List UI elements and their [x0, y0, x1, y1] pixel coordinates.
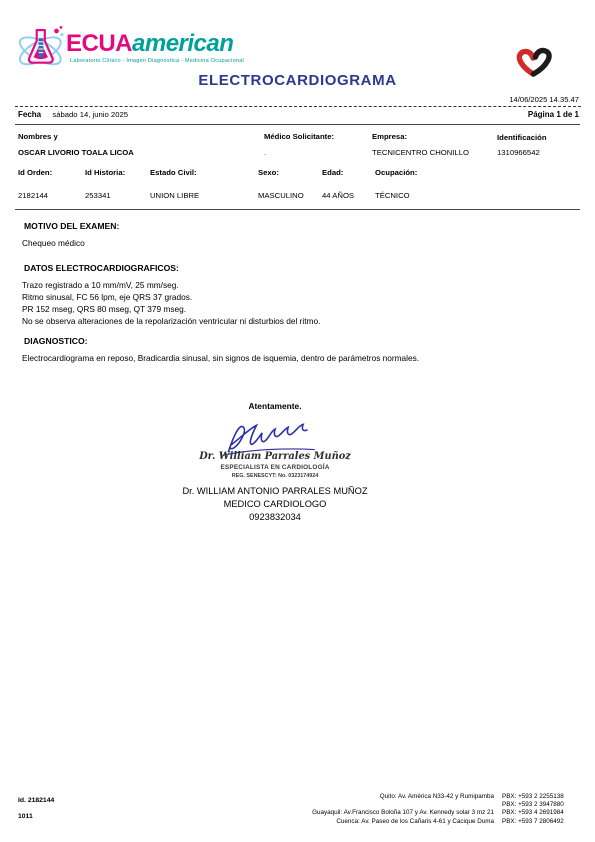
section-heading: DATOS ELECTROCARDIOGRAFICOS: [24, 263, 179, 273]
divider-solid-mid [15, 209, 580, 210]
field-value: . [264, 148, 266, 157]
ecg-data-line: Trazo registrado a 10 mm/mV, 25 mm/seg. [22, 280, 179, 290]
field-value: 1310966542 [497, 148, 540, 157]
field-value: MASCULINO [258, 191, 304, 200]
field-label: Sexo: [258, 168, 279, 177]
brand-wordmark: ECUAamerican [66, 30, 233, 58]
field-value: TECNICENTRO CHONILLO [372, 148, 469, 157]
stamp-doctor-name: Dr. William Parrales Muñoz [0, 451, 550, 462]
field-value-patient-name: OSCAR LIVORIO TOALA LICOA [18, 148, 134, 157]
footer-locations: Quito: Av. América N33-42 y Rumipamba PB… [312, 793, 580, 826]
field-value: 44 AÑOS [322, 191, 354, 200]
field-label: Edad: [322, 168, 343, 177]
ecg-data-line: No se observa alteraciones de la repolar… [22, 316, 320, 326]
section-heading: DIAGNOSTICO: [24, 336, 88, 346]
footer-pbx: PBX: +593 2 3947880 [502, 801, 580, 809]
field-value: UNION LIBRE [150, 191, 199, 200]
ecg-data-line: Ritmo sinusal, FC 56 lpm, eje QRS 37 gra… [22, 292, 192, 302]
field-value: 2182144 [18, 191, 48, 200]
brand-american: american [132, 30, 233, 57]
print-datetime: 14/06/2025 14.35.47 [509, 95, 579, 104]
field-label: Nombres y [18, 132, 58, 141]
footer-location-row: Quito: Av. América N33-42 y Rumipamba PB… [312, 793, 580, 801]
closing-text: Atentamente. [0, 401, 550, 411]
stamp-specialty: ESPECIALISTA EN CARDIOLOGÍA [0, 464, 550, 471]
footer-code: 1011 [18, 813, 33, 820]
field-label: Ocupación: [375, 168, 417, 177]
section-heading: MOTIVO DEL EXAMEN: [24, 221, 119, 231]
footer-pbx: PBX: +593 7 2806492 [502, 818, 580, 826]
footer-location-row: Cuenca: Av. Paseo de los Cañaris 4-61 y … [312, 818, 580, 826]
ecg-data-line: PR 152 mseg, QRS 80 mseg, QT 379 mseg. [22, 304, 186, 314]
divider-dashed [15, 106, 581, 107]
footer-address: Quito: Av. América N33-42 y Rumipamba [380, 793, 494, 801]
footer-location-row: PBX: +593 2 3947880 [312, 801, 580, 809]
section-body: Chequeo médico [22, 238, 85, 248]
footer-pbx: PBX: +593 2 2255138 [502, 793, 580, 801]
doctor-phone: 0923832034 [0, 512, 550, 522]
field-label: Estado Civil: [150, 168, 197, 177]
field-value: 253341 [85, 191, 111, 200]
field-value: TÉCNICO [375, 191, 410, 200]
stamp-registry: REG. SENESCYT: No. 0323174924 [0, 473, 550, 479]
report-title: ELECTROCARDIOGRAMA [0, 72, 595, 89]
brand-ecua: ECUA [66, 30, 132, 57]
page-number: Página 1 de 1 [528, 110, 579, 119]
doctor-title: MEDICO CARDIOLOGO [0, 499, 550, 509]
footer-order-id: Id. 2182144 [18, 797, 54, 804]
field-label: Id Orden: [18, 168, 52, 177]
footer-address: Cuenca: Av. Paseo de los Cañaris 4-61 y … [336, 818, 494, 826]
brand-tagline: Laboratorio Clínico - Imagen Diagnóstica… [70, 58, 244, 64]
field-label: Id Historia: [85, 168, 125, 177]
section-body: Electrocardiograma en reposo, Bradicardi… [22, 353, 419, 363]
divider-solid-top [15, 124, 580, 125]
footer-pbx: PBX: +593 4 2691984 [502, 809, 580, 817]
date-row: Fecha sábado 14, junio 2025 Página 1 de … [18, 110, 579, 119]
fecha-label: Fecha [18, 110, 41, 119]
doctor-name: Dr. WILLIAM ANTONIO PARRALES MUÑOZ [0, 486, 550, 496]
footer-address: Guayaquil: Av.Francisco Boloña 107 y Av.… [312, 809, 494, 817]
ecg-report-page: ECUAamerican Laboratorio Clínico - Image… [0, 0, 595, 842]
fecha-value: sábado 14, junio 2025 [52, 110, 128, 119]
field-label: Identificación [497, 133, 547, 142]
field-label: Empresa: [372, 132, 407, 141]
atom-flask-icon [16, 22, 70, 76]
field-label: Médico Solicitante: [264, 132, 334, 141]
footer-location-row: Guayaquil: Av.Francisco Boloña 107 y Av.… [312, 809, 580, 817]
